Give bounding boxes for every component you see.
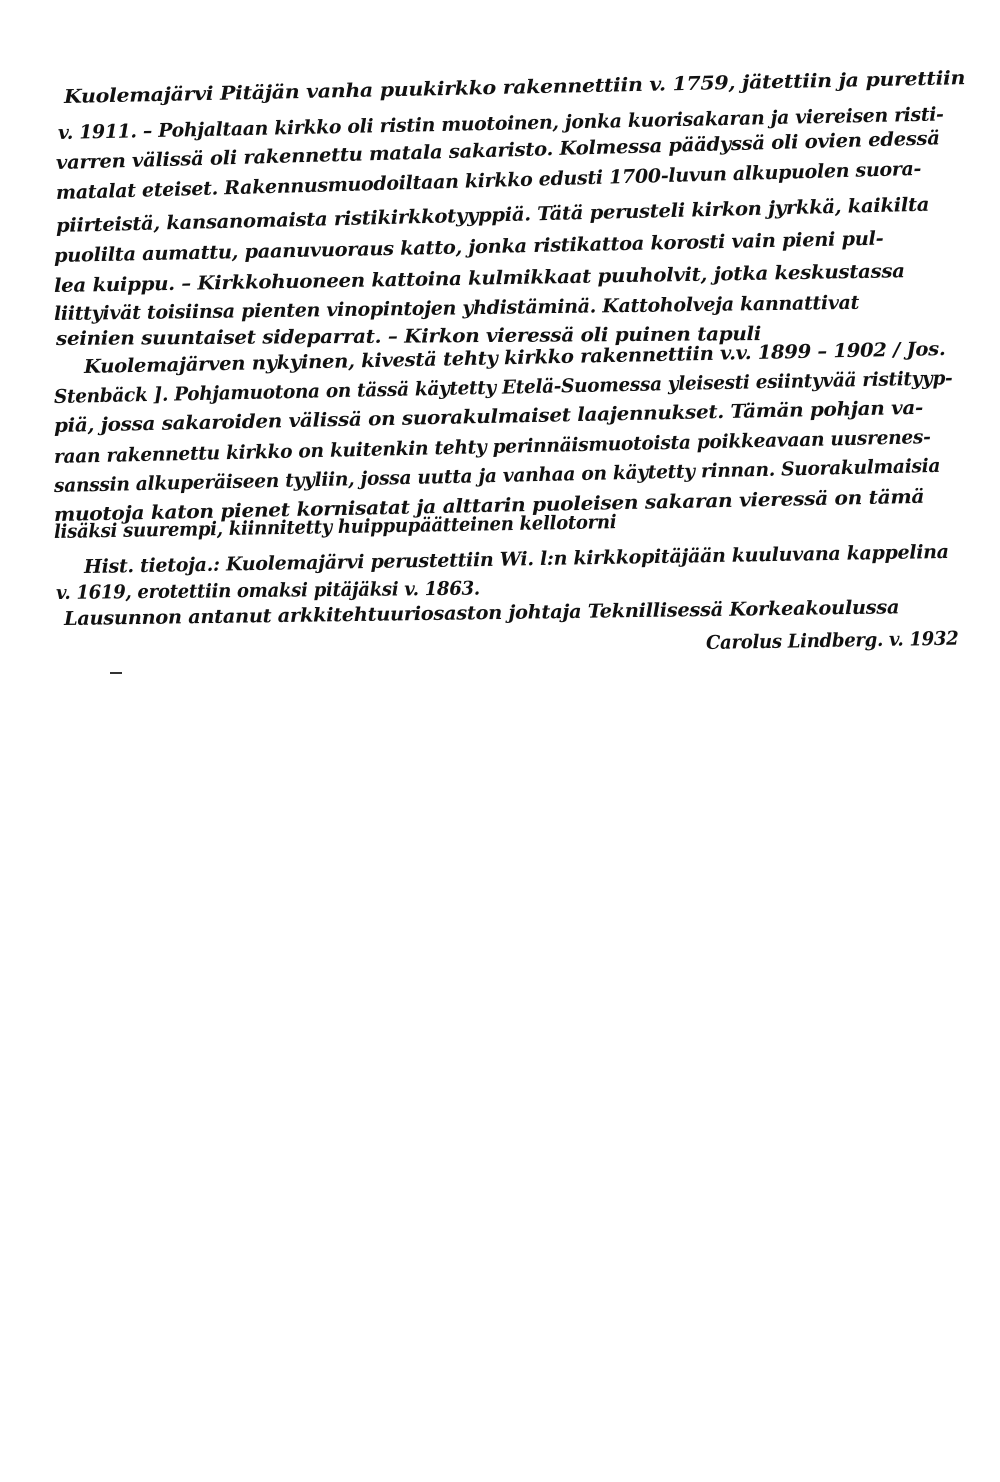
text-line: Hist. tietoja.: Kuolemajärvi perustettii… xyxy=(84,541,949,578)
signature: Carolus Lindberg. v. 1932 xyxy=(706,628,959,654)
text-line: v. 1619, erotettiin omaksi pitäjäksi v. … xyxy=(56,578,480,604)
document-page: Kuolemajärvi Pitäjän vanha puukirkko rak… xyxy=(0,0,1000,1482)
text-line: Kuolemajärvi Pitäjän vanha puukirkko rak… xyxy=(64,67,966,108)
text-line: liittyivät toisiinsa pienten vinopintoje… xyxy=(54,292,859,325)
text-line: lea kuippu. – Kirkkohuoneen kattoina kul… xyxy=(54,260,905,297)
stray-mark xyxy=(110,672,122,674)
